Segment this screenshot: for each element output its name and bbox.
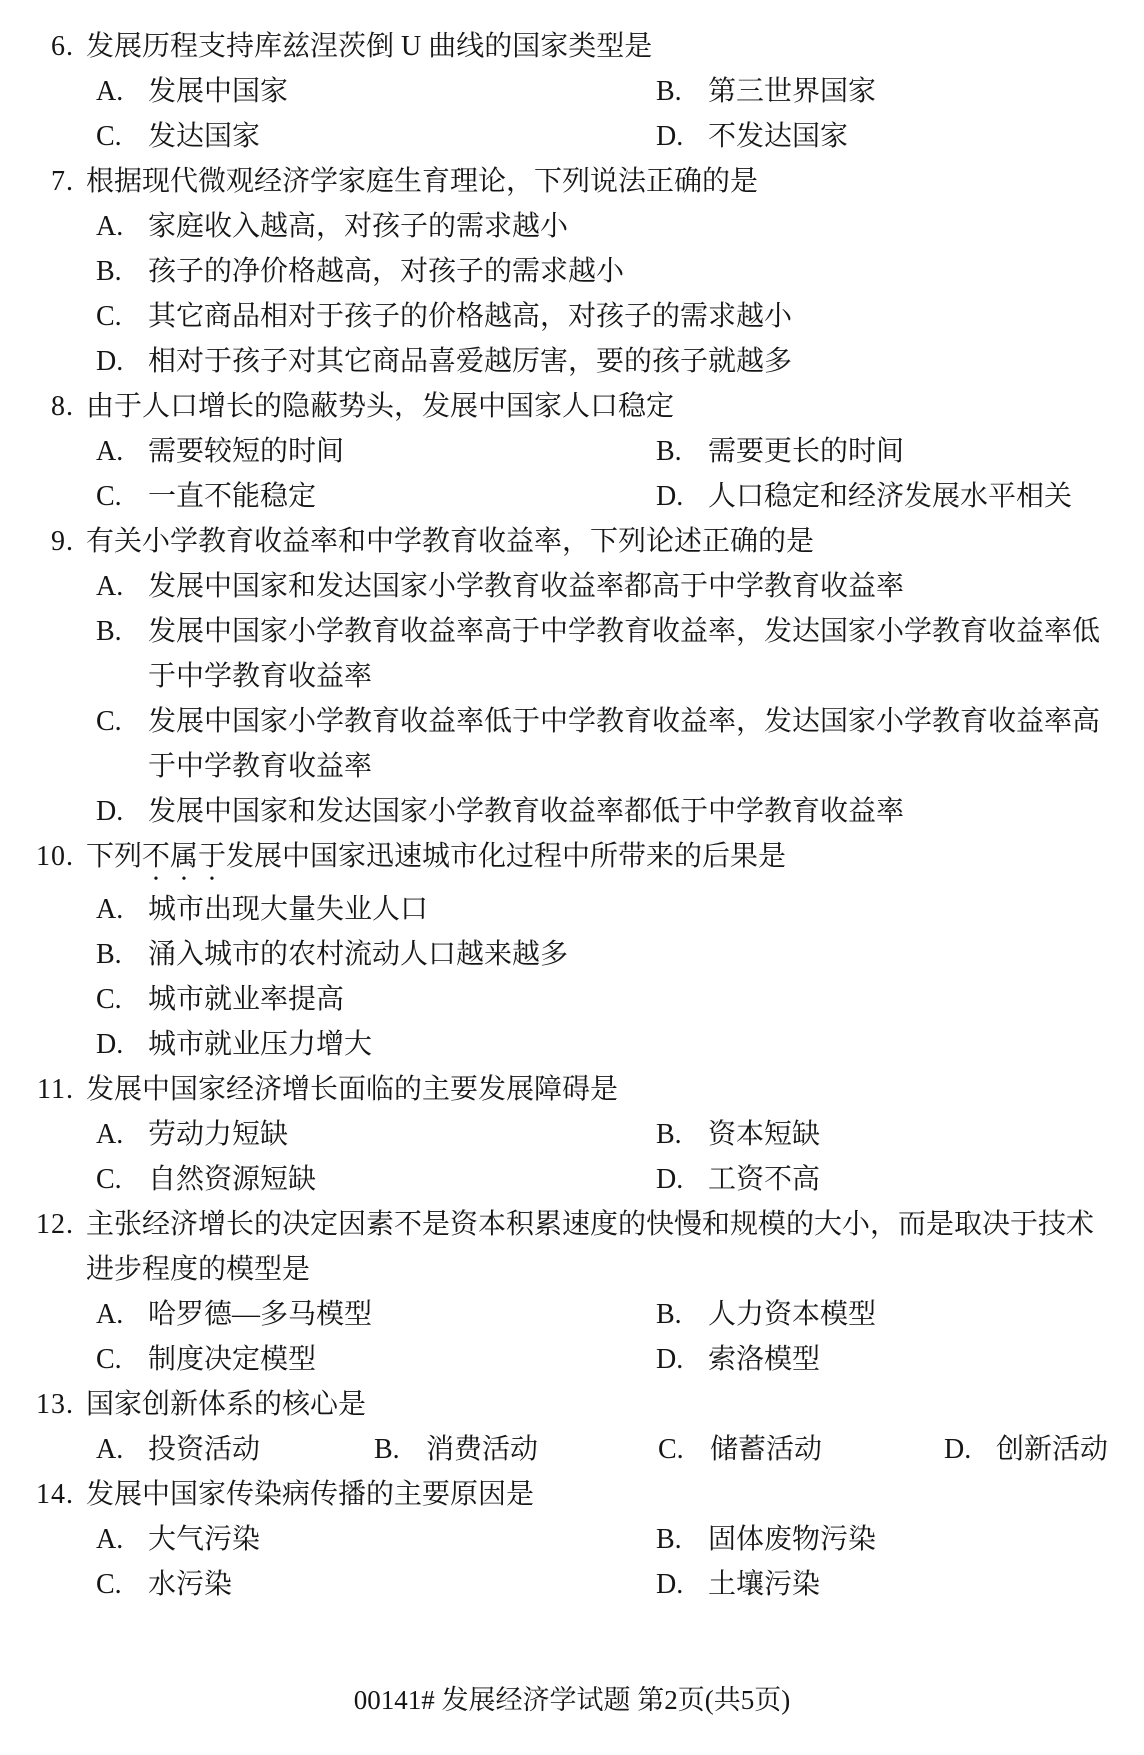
option-label: C. xyxy=(658,1427,710,1472)
option-d: D.索洛模型 xyxy=(656,1337,820,1382)
option-label: D. xyxy=(656,1562,708,1607)
option-d: D.创新活动 xyxy=(944,1427,1108,1472)
question-stem: 有关小学教育收益率和中学教育收益率，下列论述正确的是 xyxy=(86,526,814,557)
option-text: 不发达国家 xyxy=(708,114,848,159)
option-a: A.城市出现大量失业人口 xyxy=(0,887,1144,932)
option-text: 制度决定模型 xyxy=(148,1337,316,1382)
option-text: 投资活动 xyxy=(148,1427,260,1472)
option-a: A.家庭收入越高，对孩子的需求越小 xyxy=(0,204,1144,249)
question-stem: 国家创新体系的核心是 xyxy=(86,1389,366,1420)
option-b: B.消费活动 xyxy=(374,1427,538,1472)
option-label: B. xyxy=(96,932,148,977)
option-label: C. xyxy=(96,699,148,744)
option-label: B. xyxy=(656,429,708,474)
option-text: 资本短缺 xyxy=(708,1112,820,1157)
option-text: 工资不高 xyxy=(708,1157,820,1202)
option-c: C.自然资源短缺 xyxy=(96,1157,316,1202)
option-text: 城市就业压力增大 xyxy=(148,1022,372,1067)
option-c: C.其它商品相对于孩子的价格越高，对孩子的需求越小 xyxy=(0,294,1144,339)
option-text: 孩子的净价格越高，对孩子的需求越小 xyxy=(148,249,624,294)
option-b: B.涌入城市的农村流动人口越来越多 xyxy=(0,932,1144,977)
question-number: 12. xyxy=(0,1202,74,1247)
option-label: C. xyxy=(96,474,148,519)
option-b: B.孩子的净价格越高，对孩子的需求越小 xyxy=(0,249,1144,294)
option-d: D.土壤污染 xyxy=(656,1562,820,1607)
options-row: C.发达国家 D.不发达国家 xyxy=(0,114,1144,159)
question-9: 9. 有关小学教育收益率和中学教育收益率，下列论述正确的是 A.发展中国家和发达… xyxy=(0,519,1144,834)
question-number: 7. xyxy=(0,159,74,204)
options-row: C.水污染 D.土壤污染 xyxy=(0,1562,1144,1607)
question-stem: 根据现代微观经济学家庭生育理论，下列说法正确的是 xyxy=(86,166,758,197)
stem-pre: 下列 xyxy=(86,841,142,872)
option-text: 创新活动 xyxy=(996,1427,1108,1472)
options-row: A.投资活动 B.消费活动 C.储蓄活动 D.创新活动 xyxy=(0,1427,1144,1472)
option-text: 涌入城市的农村流动人口越来越多 xyxy=(148,932,568,977)
question-stem: 下列不属于发展中国家迅速城市化过程中所带来的后果是 xyxy=(86,841,786,872)
option-label: A. xyxy=(96,887,148,932)
option-a: A.哈罗德—多马模型 xyxy=(96,1292,372,1337)
option-text: 发展中国家和发达国家小学教育收益率都低于中学教育收益率 xyxy=(148,789,904,834)
option-text: 发展中国家小学教育收益率高于中学教育收益率，发达国家小学教育收益率低 于中学教育… xyxy=(148,609,1100,699)
option-text: 劳动力短缺 xyxy=(148,1112,288,1157)
option-label: A. xyxy=(96,1517,148,1562)
option-b: B.固体废物污染 xyxy=(656,1517,876,1562)
question-11: 11. 发展中国家经济增长面临的主要发展障碍是 A.劳动力短缺 B.资本短缺 C… xyxy=(0,1067,1144,1202)
option-label: C. xyxy=(96,977,148,1022)
options-row: A.哈罗德—多马模型 B.人力资本模型 xyxy=(0,1292,1144,1337)
option-label: D. xyxy=(656,114,708,159)
option-c: C.一直不能稳定 xyxy=(96,474,316,519)
option-a: A.发展中国家和发达国家小学教育收益率都高于中学教育收益率 xyxy=(0,564,1144,609)
question-number: 14. xyxy=(0,1472,74,1517)
option-a: A.发展中国家 xyxy=(96,69,288,114)
option-text: 固体废物污染 xyxy=(708,1517,876,1562)
option-text: 一直不能稳定 xyxy=(148,474,316,519)
question-10: 10. 下列不属于发展中国家迅速城市化过程中所带来的后果是 A.城市出现大量失业… xyxy=(0,834,1144,1067)
option-label: C. xyxy=(96,114,148,159)
option-label: D. xyxy=(96,1022,148,1067)
option-label: A. xyxy=(96,564,148,609)
option-label: D. xyxy=(96,339,148,384)
option-d: D.发展中国家和发达国家小学教育收益率都低于中学教育收益率 xyxy=(0,789,1144,834)
question-number: 6. xyxy=(0,24,74,69)
option-label: B. xyxy=(656,69,708,114)
option-d: D.相对于孩子对其它商品喜爱越厉害，要的孩子就越多 xyxy=(0,339,1144,384)
option-c: C.制度决定模型 xyxy=(96,1337,316,1382)
option-text: 需要更长的时间 xyxy=(708,429,904,474)
question-number: 11. xyxy=(0,1067,74,1112)
option-d: D.工资不高 xyxy=(656,1157,820,1202)
option-text: 需要较短的时间 xyxy=(148,429,344,474)
option-label: A. xyxy=(96,1292,148,1337)
question-stem: 发展中国家传染病传播的主要原因是 xyxy=(86,1479,534,1510)
option-text: 人力资本模型 xyxy=(708,1292,876,1337)
option-b: B.人力资本模型 xyxy=(656,1292,876,1337)
footer-text: 00141# 发展经济学试题 第2页(共5页) xyxy=(354,1685,790,1715)
option-text: 水污染 xyxy=(148,1562,232,1607)
option-text: 储蓄活动 xyxy=(710,1427,822,1472)
question-8: 8. 由于人口增长的隐蔽势头，发展中国家人口稳定 A.需要较短的时间 B.需要更… xyxy=(0,384,1144,519)
option-label: B. xyxy=(656,1292,708,1337)
option-b: B.发展中国家小学教育收益率高于中学教育收益率，发达国家小学教育收益率低 于中学… xyxy=(0,609,1144,699)
option-label: A. xyxy=(96,1427,148,1472)
option-d: D.人口稳定和经济发展水平相关 xyxy=(656,474,1072,519)
stem-post: 发展中国家迅速城市化过程中所带来的后果是 xyxy=(226,841,786,872)
question-number: 8. xyxy=(0,384,74,429)
option-label: D. xyxy=(944,1427,996,1472)
option-text: 家庭收入越高，对孩子的需求越小 xyxy=(148,204,568,249)
exam-page: 6. 发展历程支持库兹涅茨倒 U 曲线的国家类型是 A.发展中国家 B.第三世界… xyxy=(0,0,1144,1607)
question-stem: 发展历程支持库兹涅茨倒 U 曲线的国家类型是 xyxy=(86,31,652,62)
option-d: D.城市就业压力增大 xyxy=(0,1022,1144,1067)
option-label: B. xyxy=(374,1427,426,1472)
option-text: 城市就业率提高 xyxy=(148,977,344,1022)
option-c: C.城市就业率提高 xyxy=(0,977,1144,1022)
option-a: A.投资活动 xyxy=(96,1427,260,1472)
option-c: C.发达国家 xyxy=(96,114,260,159)
question-stem: 主张经济增长的决定因素不是资本积累速度的快慢和规模的大小，而是取决于技术 进步程… xyxy=(86,1202,1094,1292)
option-text: 哈罗德—多马模型 xyxy=(148,1292,372,1337)
option-c: C.水污染 xyxy=(96,1562,232,1607)
option-label: D. xyxy=(96,789,148,834)
option-label: C. xyxy=(96,1562,148,1607)
option-text: 发展中国家 xyxy=(148,69,288,114)
option-text: 消费活动 xyxy=(426,1427,538,1472)
option-c: C.发展中国家小学教育收益率低于中学教育收益率，发达国家小学教育收益率高 于中学… xyxy=(0,699,1144,789)
question-number: 13. xyxy=(0,1382,74,1427)
option-b: B.需要更长的时间 xyxy=(656,429,904,474)
option-d: D.不发达国家 xyxy=(656,114,848,159)
option-a: A.需要较短的时间 xyxy=(96,429,344,474)
option-text: 发达国家 xyxy=(148,114,260,159)
option-text: 自然资源短缺 xyxy=(148,1157,316,1202)
options-row: A.劳动力短缺 B.资本短缺 xyxy=(0,1112,1144,1157)
question-14: 14. 发展中国家传染病传播的主要原因是 A.大气污染 B.固体废物污染 C.水… xyxy=(0,1472,1144,1607)
option-label: B. xyxy=(96,609,148,654)
option-label: C. xyxy=(96,1157,148,1202)
options-row: C.自然资源短缺 D.工资不高 xyxy=(0,1157,1144,1202)
option-b: B.第三世界国家 xyxy=(656,69,876,114)
question-number: 10. xyxy=(0,834,74,879)
option-text: 人口稳定和经济发展水平相关 xyxy=(708,474,1072,519)
option-b: B.资本短缺 xyxy=(656,1112,820,1157)
option-a: A.劳动力短缺 xyxy=(96,1112,288,1157)
option-text: 土壤污染 xyxy=(708,1562,820,1607)
option-label: D. xyxy=(656,1157,708,1202)
option-text: 发展中国家小学教育收益率低于中学教育收益率，发达国家小学教育收益率高 于中学教育… xyxy=(148,699,1100,789)
option-text: 相对于孩子对其它商品喜爱越厉害，要的孩子就越多 xyxy=(148,339,792,384)
option-text: 发展中国家和发达国家小学教育收益率都高于中学教育收益率 xyxy=(148,564,904,609)
option-label: D. xyxy=(656,474,708,519)
option-label: B. xyxy=(96,249,148,294)
option-text: 索洛模型 xyxy=(708,1337,820,1382)
question-stem: 由于人口增长的隐蔽势头，发展中国家人口稳定 xyxy=(86,391,674,422)
option-a: A.大气污染 xyxy=(96,1517,260,1562)
options-row: C.制度决定模型 D.索洛模型 xyxy=(0,1337,1144,1382)
option-text: 其它商品相对于孩子的价格越高，对孩子的需求越小 xyxy=(148,294,792,339)
question-13: 13. 国家创新体系的核心是 A.投资活动 B.消费活动 C.储蓄活动 D.创新… xyxy=(0,1382,1144,1472)
option-text: 城市出现大量失业人口 xyxy=(148,887,428,932)
option-label: A. xyxy=(96,429,148,474)
option-text: 第三世界国家 xyxy=(708,69,876,114)
options-row: A.发展中国家 B.第三世界国家 xyxy=(0,69,1144,114)
page-footer: 00141# 发展经济学试题 第2页(共5页) xyxy=(0,1680,1144,1720)
options-row: A.需要较短的时间 B.需要更长的时间 xyxy=(0,429,1144,474)
question-7: 7. 根据现代微观经济学家庭生育理论，下列说法正确的是 A.家庭收入越高，对孩子… xyxy=(0,159,1144,384)
option-label: B. xyxy=(656,1517,708,1562)
option-label: A. xyxy=(96,69,148,114)
question-6: 6. 发展历程支持库兹涅茨倒 U 曲线的国家类型是 A.发展中国家 B.第三世界… xyxy=(0,24,1144,159)
options-row: A.大气污染 B.固体废物污染 xyxy=(0,1517,1144,1562)
option-label: C. xyxy=(96,1337,148,1382)
option-c: C.储蓄活动 xyxy=(658,1427,822,1472)
option-label: A. xyxy=(96,204,148,249)
question-stem: 发展中国家经济增长面临的主要发展障碍是 xyxy=(86,1074,618,1105)
option-label: B. xyxy=(656,1112,708,1157)
question-12: 12. 主张经济增长的决定因素不是资本积累速度的快慢和规模的大小，而是取决于技术… xyxy=(0,1202,1144,1382)
option-label: A. xyxy=(96,1112,148,1157)
option-label: C. xyxy=(96,294,148,339)
option-text: 大气污染 xyxy=(148,1517,260,1562)
options-row: C.一直不能稳定 D.人口稳定和经济发展水平相关 xyxy=(0,474,1144,519)
option-label: D. xyxy=(656,1337,708,1382)
question-number: 9. xyxy=(0,519,74,564)
stem-emphasized: 不属于 xyxy=(142,841,226,872)
